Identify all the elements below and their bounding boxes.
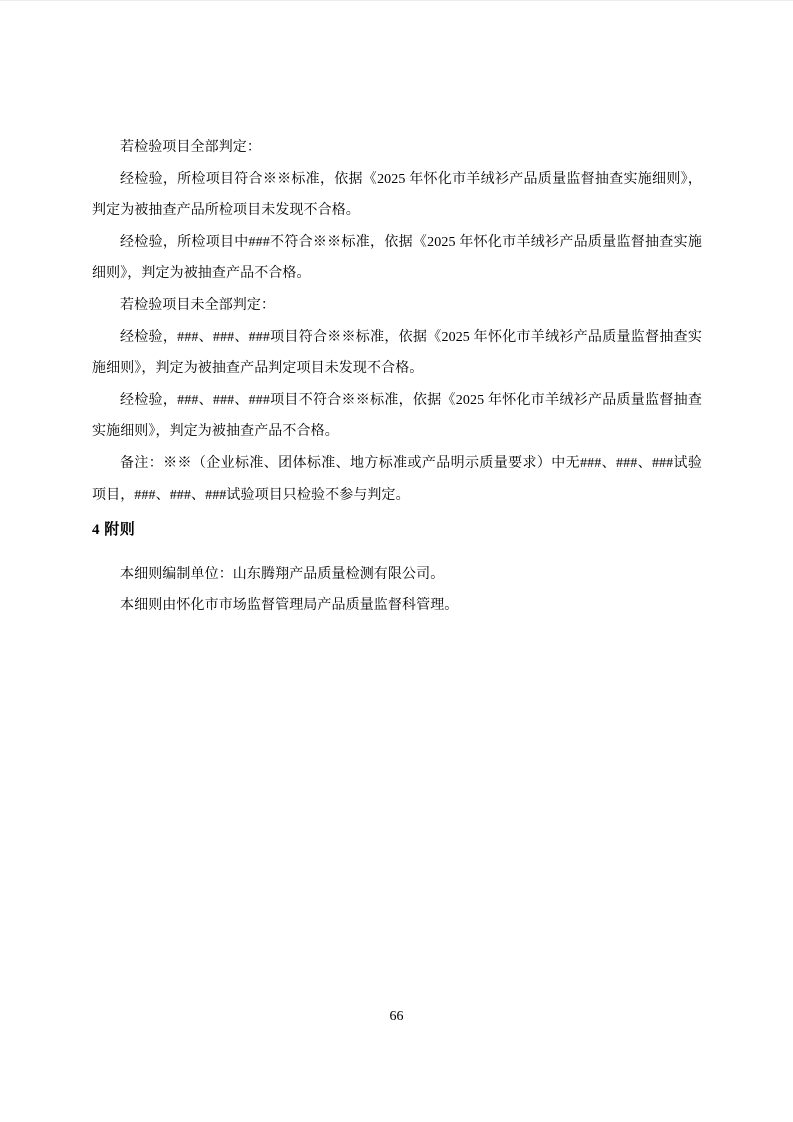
paragraph-all-fail: 经检验，所检项目中###不符合※※标准，依据《2025 年怀化市羊绒衫产品质量监…: [92, 227, 702, 290]
paragraph-remark: 备注：※※（企业标准、团体标准、地方标准或产品明示质量要求）中无###、###、…: [92, 448, 702, 511]
paragraph-partial-fail: 经检验，###、###、###项目不符合※※标准，依据《2025 年怀化市羊绒衫…: [92, 385, 702, 448]
page-number: 66: [0, 1008, 793, 1026]
paragraph-judgement-partial-intro: 若检验项目未全部判定：: [92, 290, 702, 322]
paragraph-partial-pass: 经检验，###、###、###项目符合※※标准，依据《2025 年怀化市羊绒衫产…: [92, 322, 702, 385]
paragraph-managing-unit: 本细则由怀化市市场监督管理局产品质量监督科管理。: [92, 590, 702, 622]
paragraph-judgement-all-intro: 若检验项目全部判定：: [92, 132, 702, 164]
section-heading-supplementary-provisions: 4 附则: [92, 515, 702, 547]
paragraph-compiling-unit: 本细则编制单位：山东腾翔产品质量检测有限公司。: [92, 559, 702, 591]
document-content: 若检验项目全部判定： 经检验，所检项目符合※※标准，依据《2025 年怀化市羊绒…: [92, 132, 702, 622]
document-page: 若检验项目全部判定： 经检验，所检项目符合※※标准，依据《2025 年怀化市羊绒…: [0, 0, 793, 1122]
paragraph-all-pass: 经检验，所检项目符合※※标准，依据《2025 年怀化市羊绒衫产品质量监督抽查实施…: [92, 164, 702, 227]
